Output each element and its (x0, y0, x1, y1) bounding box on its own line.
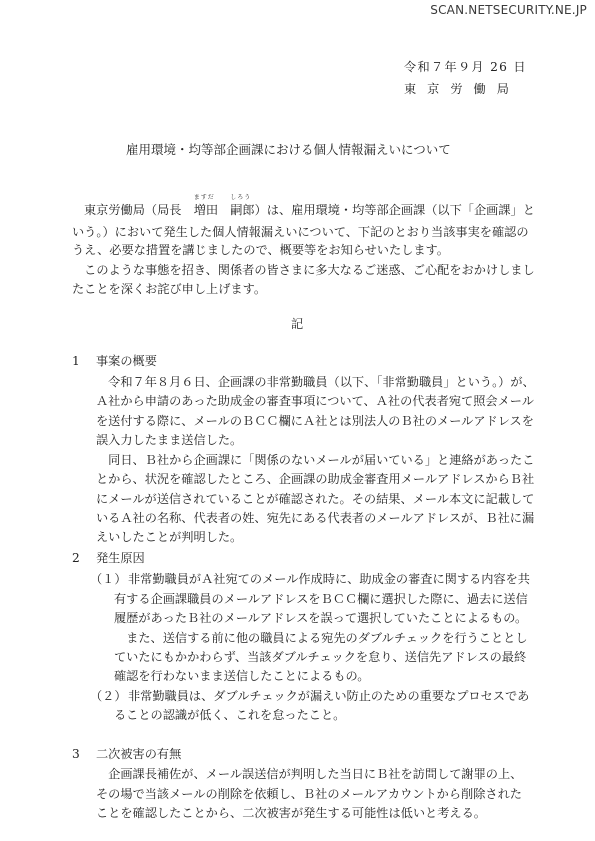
section-2-line: 確認を行わないまま送信したことによるもの。 (114, 667, 369, 684)
section-title: 二次被害の有無 (96, 747, 181, 761)
name-given-ruby: しろう (230, 192, 251, 201)
intro-prefix: 東京労働局（局長 (84, 203, 194, 217)
section-3-line: ことを確認したことから、二次被害が発生する可能性は低いと考える。 (96, 804, 486, 821)
item-label: （２） (90, 687, 128, 704)
section-number: 3 (72, 747, 96, 761)
intro-line-1: 東京労働局（局長 ますだ増田 しろう嗣郎）は、雇用環境・均等部企画課（以下「企画… (84, 201, 535, 218)
section-2-line: また、送信する前に他の職員による宛先のダブルチェックを行うこととし (114, 629, 528, 646)
section-3-heading: 3二次被害の有無 (72, 745, 181, 762)
intro-line: うえ、必要な措置を講じましたので、概要等をお知らせいたします。 (72, 241, 449, 258)
document-date: 令和７年９月 26 日 (404, 58, 527, 75)
section-3-line: その場で当該メールの削除を依頼し、Ｂ社のメールアカウントから削除された (96, 785, 522, 802)
intro-suffix: ）は、雇用環境・均等部企画課（以下「企画課」と (255, 203, 535, 217)
section-1-line: を送付する際に、メールのＢＣＣ欄にＡ社とは別法人のＢ社のメールアドレスを (96, 412, 534, 429)
section-2-item-2: （２）非常勤職員は、ダブルチェックが漏えい防止のための重要なプロセスであ (90, 687, 529, 704)
intro-line: たことを深くお詫び申し上げます。 (72, 280, 266, 297)
item-label: （１） (90, 570, 128, 587)
section-1-line: 令和７年８月６日、企画課の非常勤職員（以下、「非常勤職員」という。）が、 (96, 373, 535, 390)
section-number: 2 (72, 551, 96, 565)
section-title: 事案の概要 (96, 354, 157, 368)
name-family: ますだ増田 (194, 201, 218, 218)
name-given: しろう嗣郎 (230, 201, 254, 218)
section-3-line: 企画課長補佐が、メール誤送信が判明した当日にＢ社を訪問して謝罪の上、 (96, 765, 522, 782)
section-2-line: 有する企画課職員のメールアドレスをＢＣＣ欄に選択した際に、過去に送信 (114, 590, 528, 607)
section-2-line: 履歴があったＢ社のメールアドレスを誤って選択していたことによるもの。 (114, 609, 527, 626)
section-2-line: ることの認識が低く、これを怠ったこと。 (114, 706, 345, 723)
watermark: SCAN.NETSECURITY.NE.JP (430, 3, 587, 17)
issuing-organization: 東京労働局 (404, 80, 520, 97)
ki-heading: 記 (291, 315, 303, 332)
section-1-heading: 1事案の概要 (72, 352, 157, 369)
document-title: 雇用環境・均等部企画課における個人情報漏えいについて (126, 140, 451, 158)
intro-line: いう。）において発生した個人情報漏えいについて、下記のとおり当該事実を確認の (72, 223, 529, 240)
section-1-line: いるＡ社の名称、代表者の姓、宛先にある代表者のメールアドレスが、Ｂ社に漏 (96, 509, 534, 526)
section-2-item-1: （１）非常勤職員がＡ社宛てのメール作成時に、助成金の審査に関する内容を共 (90, 570, 530, 587)
section-1-line: えいしたことが判明した。 (96, 528, 242, 545)
section-1-line: 同日、Ｂ社から企画課に「関係のないメールが届いている」と連絡があったこ (96, 451, 534, 468)
section-1-line: とから、状況を確認したところ、企画課の助成金審査用メールアドレスからＢ社 (96, 470, 534, 487)
name-family-ruby: ますだ (194, 192, 215, 201)
section-1-line: 誤入力したまま送信した。 (96, 431, 242, 448)
intro-line: このような事態を招き、関係者の皆さまに多大なるご迷惑、ご心配をおかけしまし (72, 261, 535, 278)
section-2-heading: 2発生原因 (72, 549, 145, 566)
section-2-line: ていたにもかかわらず、当該ダブルチェックを怠り、送信先アドレスの最終 (114, 648, 526, 665)
section-1-line: にメールが送信されていることが確認された。その結果、メール本文に記載して (96, 490, 534, 507)
section-number: 1 (72, 354, 96, 368)
section-1-line: Ａ社から申請のあった助成金の審査事項について、Ａ社の代表者宛て照会メール (96, 392, 534, 409)
section-title: 発生原因 (96, 551, 145, 565)
